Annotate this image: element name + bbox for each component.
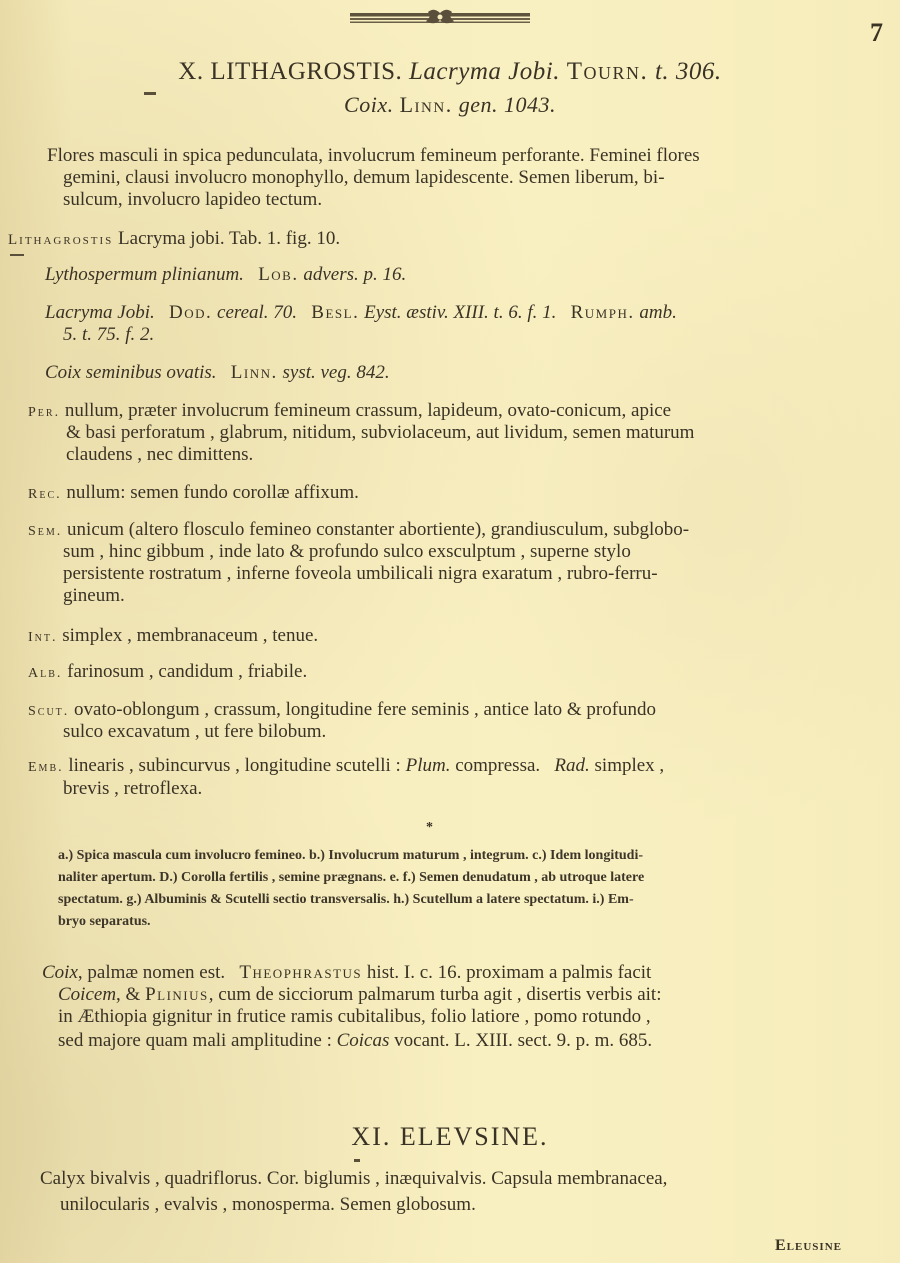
description-text: nullum, præter involucrum femineum crass… (65, 400, 671, 421)
author-name: Rumph. (571, 302, 635, 323)
generic-character-line: Calyx bivalvis , quadriflorus. Cor. bigl… (40, 1168, 667, 1190)
species-name: Lacryma jobi. Tab. 1. fig. 10. (118, 228, 340, 249)
generic-character-line: sulcum, involucro lapideo tectum. (63, 189, 322, 211)
description-label: Sem. (28, 524, 62, 539)
description-label: Int. (28, 630, 58, 645)
reference: amb. (639, 302, 676, 323)
description-text: unicum (altero flosculo femineo constant… (67, 519, 689, 540)
description-label: Emb. (28, 760, 64, 775)
reference: syst. veg. 842. (283, 362, 390, 383)
author-name: Linn. (400, 92, 453, 117)
section-heading-x: X. LITHAGROSTIS. Lacryma Jobi. Tourn. t.… (0, 58, 900, 86)
section-numeral: X. (178, 58, 203, 85)
description-text: sulco excavatum , ut fere bilobum. (63, 721, 326, 743)
description-text: claudens , nec dimittens. (66, 444, 253, 466)
genus-name: LITHAGROSTIS. (210, 58, 402, 85)
figure-note-line: spectatum. g.) Albuminis & Scutelli sect… (58, 889, 634, 911)
catchword: Eleusine (775, 1237, 842, 1255)
book-page: 7 X. LITHAGROSTIS. Lacryma Jobi. Tourn. … (0, 0, 900, 1263)
genus-synonym: Coix. (344, 92, 394, 117)
description-seed: Sem. unicum (altero flosculo femineo con… (28, 519, 689, 543)
description-text: farinosum , candidum , friabile. (67, 661, 307, 682)
reference: cereal. 70. (217, 302, 297, 323)
description-text: linearis , subincurvus , longitudine scu… (68, 755, 400, 776)
description-text: gineum. (63, 585, 125, 607)
author-name: Lob. (258, 264, 298, 285)
author-name: Plinius (145, 984, 209, 1005)
etymology-text: , & (116, 984, 140, 1005)
header-ornament-icon (350, 8, 530, 26)
description-text: compressa. (455, 755, 540, 776)
figure-note-line: bryo separatus. (58, 911, 151, 933)
description-text: simplex , (595, 755, 665, 776)
generic-character-line: Flores masculi in spica pedunculata, inv… (47, 145, 700, 167)
printer-mark (144, 92, 156, 95)
etymology-text: vocant. L. XIII. sect. 9. p. m. 685. (394, 1030, 652, 1051)
synonym-name: Lythospermum plinianum. (45, 264, 244, 285)
description-integument: Int. simplex , membranaceum , tenue. (28, 625, 318, 649)
description-label: Rec. (28, 487, 62, 502)
description-text: & basi perforatum , glabrum, nitidum, su… (66, 422, 694, 444)
author-name: Linn. (231, 362, 278, 383)
etymology-text: sed majore quam mali amplitudine : (58, 1030, 332, 1051)
section-separator: * (426, 820, 433, 836)
etymology-text: hist. I. c. 16. proximam a palmis facit (367, 962, 651, 983)
section-subheading-x: Coix. Linn. gen. 1043. (0, 92, 900, 118)
description-scutellum: Scut. ovato-oblongum , crassum, longitud… (28, 699, 656, 723)
description-label: Alb. (28, 666, 62, 681)
description-label: Per. (28, 405, 60, 420)
description-albumen: Alb. farinosum , candidum , friabile. (28, 661, 307, 685)
description-text: ovato-oblongum , crassum, longitudine fe… (74, 699, 656, 720)
etymology-line: Coix, palmæ nomen est. Theophrastus hist… (42, 962, 651, 984)
synonym-continuation: 5. t. 75. f. 2. (63, 324, 154, 346)
description-text: brevis , retroflexa. (63, 778, 202, 800)
generic-character-line: unilocularis , evalvis , monosperma. Sem… (60, 1194, 476, 1216)
term-plumula: Plum. (406, 755, 451, 776)
author-name: Theophrastus (239, 962, 362, 983)
author-name: Dod. (169, 302, 212, 323)
description-text: sum , hinc gibbum , inde lato & profundo… (63, 541, 631, 563)
species-entry: Lithagrostis Lacryma jobi. Tab. 1. fig. … (8, 228, 340, 251)
etymology-line: sed majore quam mali amplitudine : Coica… (58, 1030, 652, 1052)
etymology-line: in Æthiopia gignitur in frutice ramis cu… (58, 1006, 651, 1028)
author-name: Tourn. (567, 58, 649, 85)
synonym-name: Coix seminibus ovatis. (45, 362, 217, 383)
page-number: 7 (870, 18, 883, 48)
author-name: Besl. (311, 302, 359, 323)
italic-term: Coix (42, 962, 78, 983)
figure-note-line: naliter apertum. D.) Corolla fertilis , … (58, 867, 644, 889)
reference: t. 306. (655, 58, 722, 85)
synonym-line: Lythospermum plinianum. Lob. advers. p. … (45, 264, 406, 286)
description-pericarp: Per. nullum, præter involucrum femineum … (28, 400, 671, 424)
synonym-name: Lacryma Jobi. (45, 302, 155, 323)
description-receptacle: Rec. nullum: semen fundo corollæ affixum… (28, 482, 359, 506)
etymology-line: Coicem, & Plinius, cum de sicciorum palm… (58, 984, 661, 1006)
italic-term: Coicem (58, 984, 116, 1005)
printer-mark (10, 254, 24, 256)
description-text: persistente rostratum , inferne foveola … (63, 563, 658, 585)
italic-term: Coicas (337, 1030, 390, 1051)
figure-note-line: a.) Spica mascula cum involucro femineo.… (58, 845, 643, 867)
species-genus-label: Lithagrostis (8, 232, 113, 248)
section-heading-xi: XI. ELEVSINE. (0, 1122, 900, 1152)
reference: gen. 1043. (459, 92, 556, 117)
reference: advers. p. 16. (303, 264, 406, 285)
synonym-line: Coix seminibus ovatis. Linn. syst. veg. … (45, 362, 390, 384)
description-text: nullum: semen fundo corollæ affixum. (66, 482, 359, 503)
generic-character-line: gemini, clausi involucro monophyllo, dem… (63, 167, 665, 189)
reference: Eyst. æstiv. XIII. t. 6. f. 1. (364, 302, 556, 323)
description-embryo: Emb. linearis , subincurvus , longitudin… (28, 755, 664, 779)
description-text: simplex , membranaceum , tenue. (62, 625, 318, 646)
printer-mark (354, 1159, 360, 1162)
synonym-line: Lacryma Jobi. Dod. cereal. 70. Besl. Eys… (45, 302, 677, 324)
etymology-text: , palmæ nomen est. (78, 962, 225, 983)
description-label: Scut. (28, 704, 69, 719)
genus-synonym: Lacryma Jobi. (409, 58, 560, 85)
term-radicula: Rad. (554, 755, 589, 776)
etymology-text: , cum de sicciorum palmarum turba agit ,… (209, 984, 662, 1005)
